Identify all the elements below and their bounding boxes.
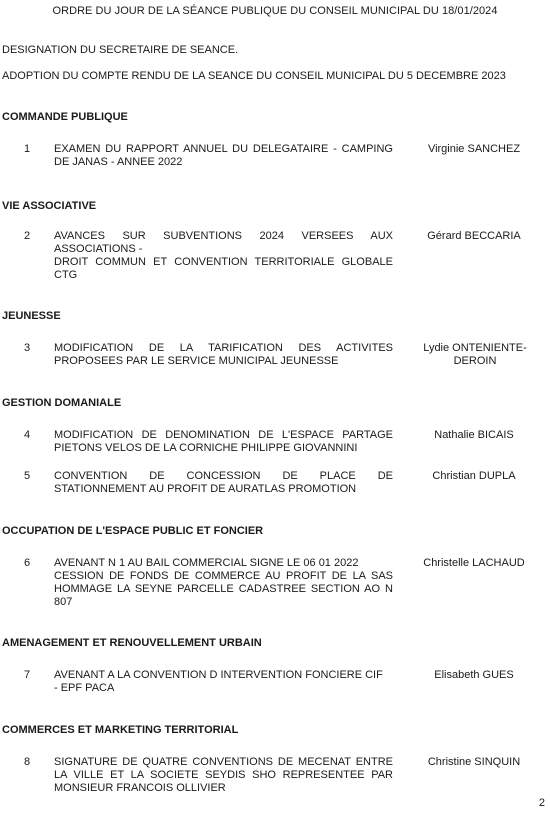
item-number: 7 xyxy=(24,669,34,682)
item-text-line: AVENANT N 1 AU BAIL COMMERCIAL SIGNE LE … xyxy=(54,557,393,570)
item-number: 8 xyxy=(24,756,34,769)
item-text-line: AVENANT A LA CONVENTION D INTERVENTION F… xyxy=(54,669,393,682)
item-rapporteur: Virginie SANCHEZ xyxy=(410,143,538,156)
item-text-line: MODIFICATION DE LA TARIFICATION DES ACTI… xyxy=(54,342,393,355)
item-text: AVENANT A LA CONVENTION D INTERVENTION F… xyxy=(54,669,393,695)
item-rapporteur: Gérard BECCARIA xyxy=(410,230,538,243)
section-heading: AMENAGEMENT ET RENOUVELLEMENT URBAIN xyxy=(2,637,262,650)
item-text-line: MODIFICATION DE DENOMINATION DE L'ESPACE… xyxy=(54,429,393,442)
item-text-line: DE JANAS - ANNEE 2022 xyxy=(54,156,393,169)
intro-designation: DESIGNATION DU SECRETAIRE DE SEANCE. xyxy=(2,44,238,57)
item-rapporteur: Lydie ONTENIENTE-DEROIN xyxy=(400,342,550,368)
section-heading: GESTION DOMANIALE xyxy=(2,397,121,410)
item-text-line: 807 xyxy=(54,596,393,609)
section-heading: VIE ASSOCIATIVE xyxy=(2,200,96,213)
item-text: AVANCES SUR SUBVENTIONS 2024 VERSEES AUX… xyxy=(54,230,393,282)
item-text-line: CONVENTION DE CONCESSION DE PLACE DE xyxy=(54,470,393,483)
section-heading: COMMERCES ET MARKETING TERRITORIAL xyxy=(2,724,238,737)
section-heading: COMMANDE PUBLIQUE xyxy=(2,111,128,124)
item-text-line: LA VILLE ET LA SOCIETE SEYDIS SHO REPRES… xyxy=(54,769,393,782)
item-text-line: ASSOCIATIONS - xyxy=(54,243,393,256)
item-text-line: STATIONNEMENT AU PROFIT DE AURATLAS PROM… xyxy=(54,483,393,496)
item-text: AVENANT N 1 AU BAIL COMMERCIAL SIGNE LE … xyxy=(54,557,393,609)
item-text-line: AVANCES SUR SUBVENTIONS 2024 VERSEES AUX xyxy=(54,230,393,243)
item-number: 1 xyxy=(24,143,34,156)
intro-adoption: ADOPTION DU COMPTE RENDU DE LA SEANCE DU… xyxy=(2,70,506,83)
item-text: EXAMEN DU RAPPORT ANNUEL DU DELEGATAIRE … xyxy=(54,143,393,169)
page-number: 2 xyxy=(539,797,545,810)
item-text: MODIFICATION DE LA TARIFICATION DES ACTI… xyxy=(54,342,393,368)
item-number: 3 xyxy=(24,342,34,355)
item-text-line: HOMMAGE LA SEYNE PARCELLE CADASTREE SECT… xyxy=(54,583,393,596)
item-number: 2 xyxy=(24,230,34,243)
item-text: CONVENTION DE CONCESSION DE PLACE DE STA… xyxy=(54,470,393,496)
item-text-line: EXAMEN DU RAPPORT ANNUEL DU DELEGATAIRE … xyxy=(54,143,393,156)
item-number: 5 xyxy=(24,470,34,483)
item-number: 4 xyxy=(24,429,34,442)
item-text: SIGNATURE DE QUATRE CONVENTIONS DE MECEN… xyxy=(54,756,393,795)
item-text-line: CESSION DE FONDS DE COMMERCE AU PROFIT D… xyxy=(54,570,393,583)
item-rapporteur: Christelle LACHAUD xyxy=(410,557,538,570)
item-text-line: PROPOSEES PAR LE SERVICE MUNICIPAL JEUNE… xyxy=(54,355,393,368)
page-title: ORDRE DU JOUR DE LA SÉANCE PUBLIQUE DU C… xyxy=(0,5,550,18)
section-heading: OCCUPATION DE L'ESPACE PUBLIC ET FONCIER xyxy=(2,525,263,538)
item-text: MODIFICATION DE DENOMINATION DE L'ESPACE… xyxy=(54,429,393,455)
item-rapporteur: Nathalie BICAIS xyxy=(410,429,538,442)
item-text-line: SIGNATURE DE QUATRE CONVENTIONS DE MECEN… xyxy=(54,756,393,769)
item-number: 6 xyxy=(24,557,34,570)
section-heading: JEUNESSE xyxy=(2,310,61,323)
item-text-line: MONSIEUR FRANCOIS OLLIVIER xyxy=(54,782,393,795)
item-text-line: DROIT COMMUN ET CONVENTION TERRITORIALE … xyxy=(54,256,393,269)
item-text-line: PIETONS VELOS DE LA CORNICHE PHILIPPE GI… xyxy=(54,442,393,455)
item-rapporteur: Elisabeth GUES xyxy=(410,669,538,682)
item-text-line: - EPF PACA xyxy=(54,682,393,695)
item-text-line: CTG xyxy=(54,269,393,282)
item-rapporteur: Christine SINQUIN xyxy=(410,756,538,769)
item-rapporteur: Christian DUPLA xyxy=(410,470,538,483)
